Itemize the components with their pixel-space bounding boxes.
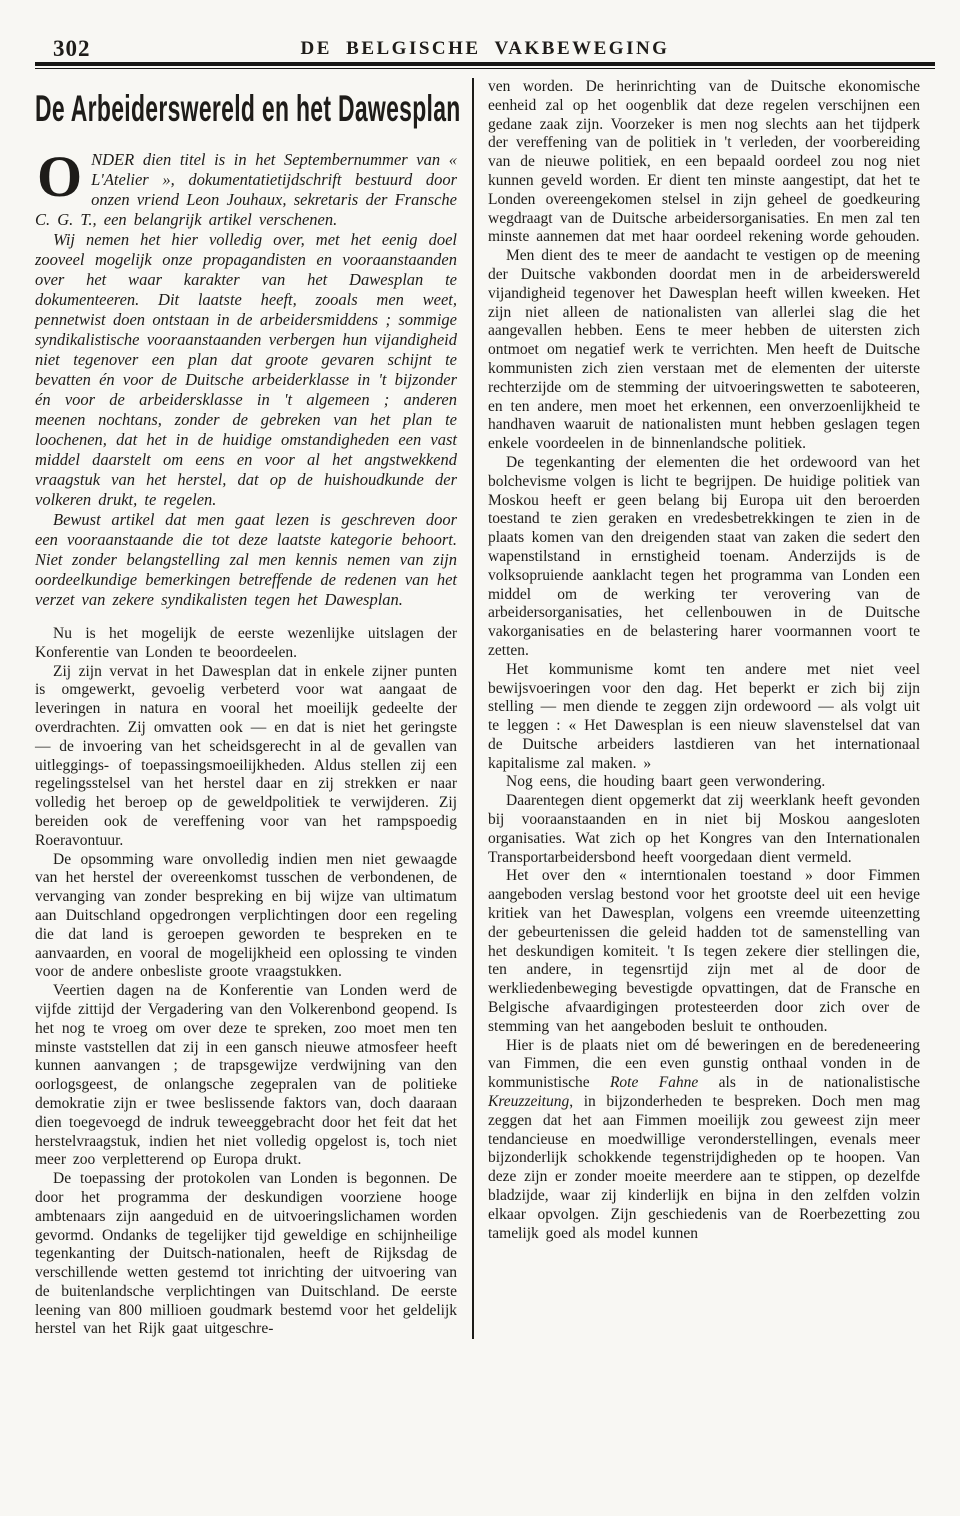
intro-paragraph-2: Wij nemen het hier volledig over, met he… [35,230,457,510]
right-column: ven worden. De herinrichting van de Duit… [474,78,920,1339]
paragraph: Nog eens, die houding baart geen verwond… [488,773,920,792]
article-title: De Arbeiderswereld en het Dawesplan [35,88,457,132]
intro-paragraph-3: Bewust artikel dat men gaat lezen is ges… [35,510,457,610]
dropcap-letter: O [35,150,91,200]
publication-name: Kreuzzeitung [488,1093,569,1110]
paragraph: Daarentegen dient opgemerkt dat zij weer… [488,792,920,867]
paragraph-text: als in de nationalistische [698,1074,920,1091]
publication-name: Rote Fahne [610,1074,698,1091]
article-body: De Arbeiderswereld en het Dawesplan ONDE… [35,78,935,1339]
paragraph: Men dient des te meer de aandacht te ves… [488,247,920,454]
paragraph: Hier is de plaats niet om dé beweringen … [488,1037,920,1244]
paragraph: Nu is het mogelijk de eerste wezenlijke … [35,625,457,663]
left-column: De Arbeiderswereld en het Dawesplan ONDE… [35,78,472,1339]
paragraph: De tegenkanting der elementen die het or… [488,454,920,661]
intro-paragraph-1-text: NDER dien titel is in het Septembernumme… [35,150,457,229]
article-title-text: De Arbeiderswereld en het Dawesplan [35,88,461,130]
paragraph: Veertien dagen na de Konferentie van Lon… [35,982,457,1170]
journal-title: DE BELGISCHE VAKBEWEGING [35,38,935,60]
page-header: 302 DE BELGISCHE VAKBEWEGING [35,34,935,62]
paragraph: Het over den « interntionalen toestand »… [488,867,920,1036]
paragraph: Het kommunisme komt ten andere met niet … [488,661,920,774]
paragraph: ven worden. De herinrichting van de Duit… [488,78,920,247]
magazine-page: 302 DE BELGISCHE VAKBEWEGING De Arbeider… [0,0,960,1516]
paragraph: Zij zijn vervat in het Dawesplan dat in … [35,663,457,851]
header-rule [35,62,935,69]
paragraph-text: , in bijzonderheden te bespreken. Doch m… [488,1093,920,1242]
intro-paragraph-1: ONDER dien titel is in het Septembernumm… [35,150,457,230]
paragraph: De toepassing der protokolen van Londen … [35,1170,457,1339]
paragraph: De opsomming ware onvolledig indien men … [35,851,457,983]
